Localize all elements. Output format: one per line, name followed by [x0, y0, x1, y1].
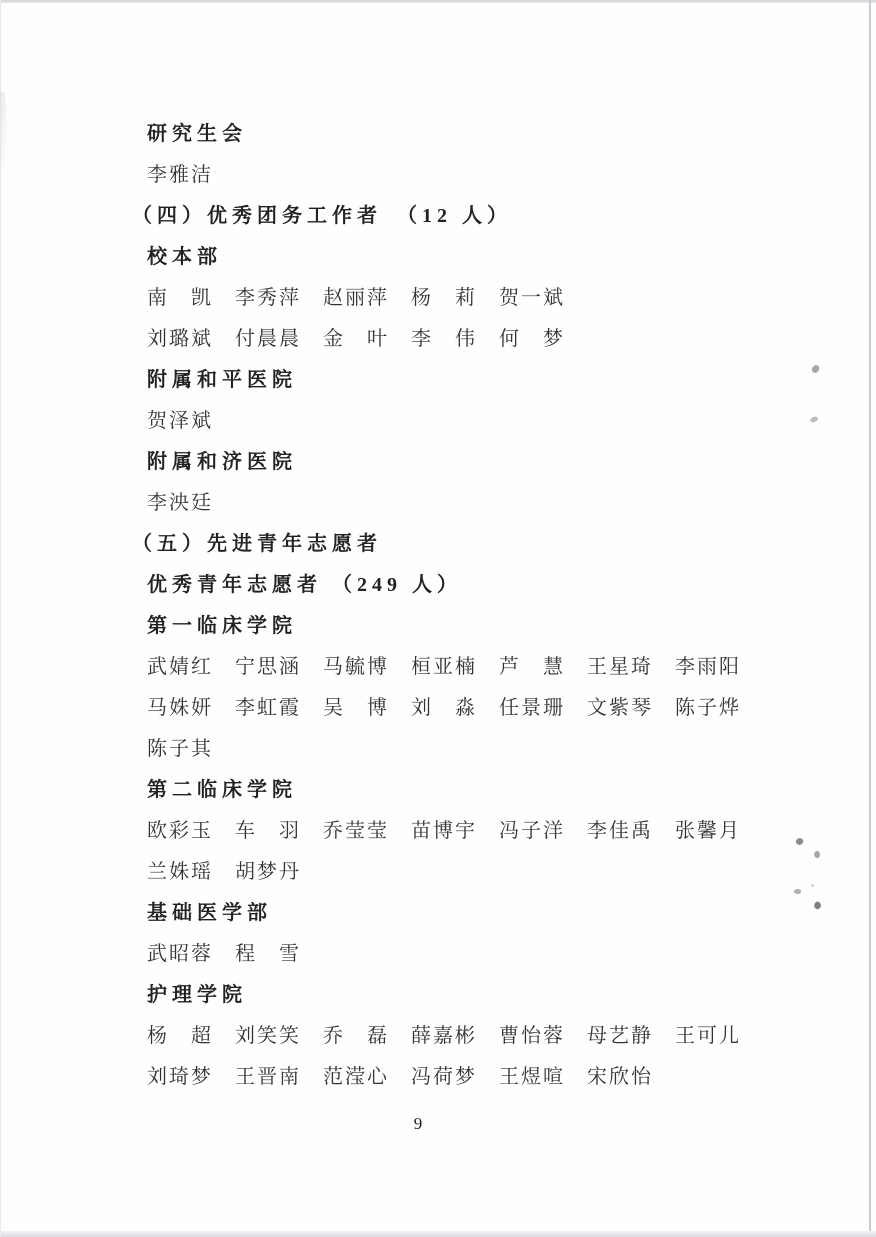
name-row: 兰姝瑶 胡梦丹 [0, 852, 876, 893]
heading-heji-hospital: 附属和济医院 [0, 442, 876, 483]
document-body: 研究生会 李雅洁 （四）优秀团务工作者 （12 人） 校本部 南 凯 李秀萍 赵… [0, 114, 876, 1098]
name-row: 马姝妍 李虹霞 吴 博 刘 淼 任景珊 文紫琴 陈子烨 [0, 688, 876, 729]
name-row: 李泱廷 [0, 483, 876, 524]
page-number: 9 [0, 1114, 836, 1134]
heading-advanced-young-volunteers: （五）先进青年志愿者 [0, 524, 876, 565]
name-row: 武婧红 宁思涵 马毓博 桓亚楠 芦 慧 王星琦 李雨阳 [0, 647, 876, 688]
name-row: 李雅洁 [0, 155, 876, 196]
heading-outstanding-young-volunteers: 优秀青年志愿者 （249 人） [0, 565, 876, 606]
name-row: 刘璐斌 付晨晨 金 叶 李 伟 何 梦 [0, 319, 876, 360]
document-page: 研究生会 李雅洁 （四）优秀团务工作者 （12 人） 校本部 南 凯 李秀萍 赵… [0, 0, 876, 1237]
name-row: 刘琦梦 王晋南 范滢心 冯荷梦 王煜喧 宋欣怡 [0, 1057, 876, 1098]
heading-first-clinical-college: 第一临床学院 [0, 606, 876, 647]
name-row: 武昭蓉 程 雪 [0, 934, 876, 975]
name-row: 杨 超 刘笑笑 乔 磊 薛嘉彬 曹怡蓉 母艺静 王可儿 [0, 1016, 876, 1057]
heading-graduate-student-union: 研究生会 [0, 114, 876, 155]
heading-outstanding-league-workers: （四）优秀团务工作者 （12 人） [0, 196, 876, 237]
scan-edge-top [0, 0, 876, 3]
scan-edge-bottom [0, 1231, 876, 1237]
heading-heping-hospital: 附属和平医院 [0, 360, 876, 401]
heading-main-campus: 校本部 [0, 237, 876, 278]
heading-second-clinical-college: 第二临床学院 [0, 770, 876, 811]
name-row: 贺泽斌 [0, 401, 876, 442]
heading-basic-medical-dept: 基础医学部 [0, 893, 876, 934]
name-row: 欧彩玉 车 羽 乔莹莹 苗博宇 冯子洋 李佳禹 张馨月 [0, 811, 876, 852]
name-row: 南 凯 李秀萍 赵丽萍 杨 莉 贺一斌 [0, 278, 876, 319]
heading-nursing-college: 护理学院 [0, 975, 876, 1016]
name-row: 陈子其 [0, 729, 876, 770]
